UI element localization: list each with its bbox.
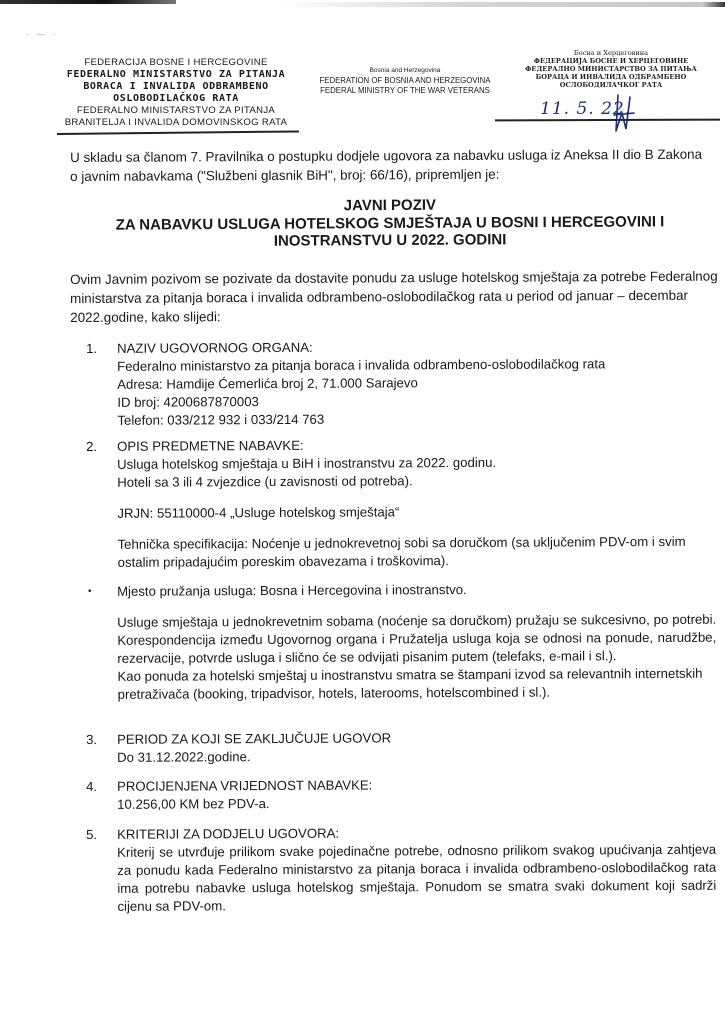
letterhead-line: ФЕДЕРАЛНО МИНИСТАРСТВО ЗА ПИТАЊА <box>505 65 717 73</box>
scan-edge-artifact <box>0 0 176 4</box>
section-procurement-description: 2. OPIS PREDMETNE NABAVKE: Usluga hotels… <box>86 435 717 572</box>
letterhead-english: Bosnia and Herzegovina FEDERATION OF BOS… <box>305 66 505 96</box>
letterhead-line: Bosnia and Herzegovina <box>305 66 505 76</box>
scan-edge-artifact <box>280 2 725 7</box>
intro-paragraph: U skladu sa članom 7. Pravilnika o postu… <box>70 145 710 186</box>
letterhead-line: Босна и Херцеговина <box>505 49 717 57</box>
letterhead-line: FEDERALNO MINISTARSTVO ZA PITANJA <box>56 69 296 81</box>
section-number: 4. <box>86 778 108 796</box>
service-paragraph: Kao ponuda za hotelski smještaj u inostr… <box>117 665 716 704</box>
section-estimated-value: 4. PROCIJENJENA VRIJEDNOST NABAVKE: 10.2… <box>86 775 716 814</box>
letterhead-line: FEDERAL MINISTRY OF THE WAR VETERANS <box>305 86 505 96</box>
section-number: 2. <box>86 438 108 456</box>
letterhead-line: FEDERATION OF BOSNIA AND HERZEGOVINA <box>305 76 505 86</box>
letterhead-line: BORACA I INVALIDA ODBRAMBENO <box>56 81 296 93</box>
section-contract-period: 3. PERIOD ZA KOJI SE ZAKLJUČUJE UGOVOR D… <box>86 728 716 767</box>
scan-specks: - — · <box>26 30 59 39</box>
invitation-paragraph: Ovim Javnim pozivom se pozivate da dosta… <box>70 267 720 327</box>
section-line: 10.256,00 KM bez PDV-a. <box>117 793 716 814</box>
letterhead-line: ФЕДЕРАЦИЈА БОСНЕ И ХЕРЦЕГОВИНЕ <box>505 57 717 65</box>
letterhead-latin: FEDERACIJA BOSNE I HERCEGOVINE FEDERALNO… <box>56 57 296 129</box>
criteria-paragraph: Kriterij se utvrđuje prilikom svake poje… <box>117 841 716 916</box>
service-location: • Mjesto pružanja usluga: Bosna i Herceg… <box>86 580 717 704</box>
bullet-icon: • <box>88 583 92 601</box>
letterhead-line: ОСЛОБОДИЛАЧКОГ РАТА <box>505 81 717 89</box>
service-paragraph: Usluge smještaja u jednokrevetnim sobama… <box>117 611 716 668</box>
section-line: Do 31.12.2022.godine. <box>117 746 716 767</box>
letterhead-line: FEDERACIJA BOSNE I HERCEGOVINE <box>56 57 296 69</box>
section-contracting-authority: 1. NAZIV UGOVORNOG ORGANA: Federalno min… <box>86 337 716 430</box>
section-number: 5. <box>86 826 108 844</box>
letterhead-line: FEDERALNO MINISTARSTVO ZA PITANJA <box>56 105 296 117</box>
letterhead-line: BRANITELJA I INVALIDA DOMOVINSKOG RATA <box>56 117 296 129</box>
document-title: JAVNI POZIV ZA NABAVKU USLUGA HOTELSKOG … <box>70 195 710 251</box>
signature-icon <box>612 93 636 135</box>
section-award-criteria: 5. KRITERIJI ZA DODJELU UGOVORA: Kriteri… <box>86 823 716 916</box>
letterhead-line: БОРАЦА И ИНВАЛИДА ОДБРАМБЕНО <box>505 73 717 81</box>
letterhead-divider <box>57 130 299 134</box>
letterhead-line: OSLOBODILAČKOG RATA <box>56 93 296 105</box>
section-line: Telefon: 033/212 932 i 033/214 763 <box>117 409 716 430</box>
technical-specification: Tehnička specifikacija: Noćenje u jednok… <box>118 533 717 572</box>
section-number: 1. <box>86 340 108 358</box>
letterhead-cyrillic: Босна и Херцеговина ФЕДЕРАЦИЈА БОСНЕ И Х… <box>505 49 717 89</box>
section-number: 3. <box>86 731 108 749</box>
